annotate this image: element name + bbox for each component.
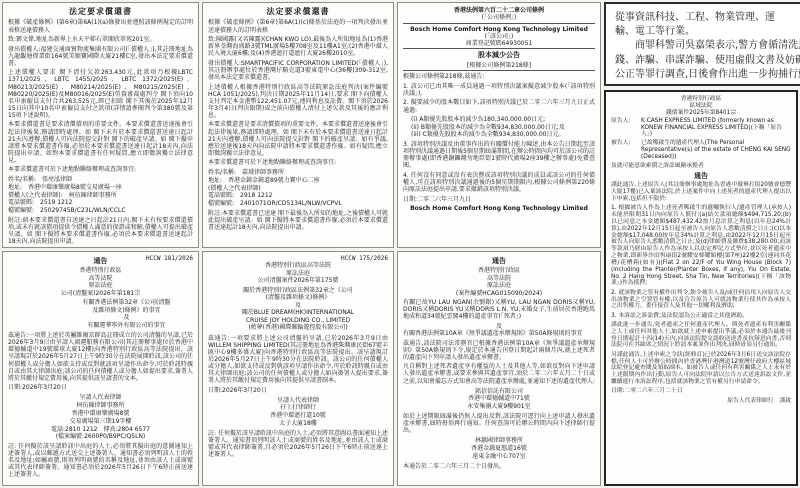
court-header-line: (案件編號HCAG015090/2024) bbox=[403, 290, 595, 298]
paragraph: 發出債權人:福建交通商貿物流集團有限公司(「債權人」),其註冊地址為九龍觀塘偉業… bbox=[8, 46, 193, 67]
signature-block: 呈請人代表律師柯伍陳律師事務所香港中環康樂廣場8號交易廣場第三期19字樓電話:2… bbox=[8, 394, 193, 441]
law-firm-line: 林鎮國律師事務所 bbox=[403, 437, 595, 445]
body-paragraph: 茲通告:一項要求將上述公司清盤的呈請,已於2026年3月9日由WILLEM SH… bbox=[208, 335, 388, 385]
resolution-item: 4. 任何沒有同意或沒有表決贊成該項特別決議的成員或該公司的任何債權人,可在該項… bbox=[403, 172, 595, 193]
signature-line: 香港中環康樂廣場8號 bbox=[8, 410, 193, 418]
winding-up-notice-175: HCCW 175/2026 香港特別行政區高等法院原訟法庭公司清盤案件2026年… bbox=[202, 251, 394, 486]
defendant-label: 被告人: bbox=[611, 140, 641, 160]
paragraph: 致:陳國露(又名陳露)(CHAN KWO LO),最後為人所知地址為(1)香港新… bbox=[208, 36, 388, 57]
court-header-line: 錢債案件2025年第8401宗 bbox=[611, 110, 791, 117]
court-header-line: 原訟法庭 bbox=[208, 270, 388, 278]
signature-line: (檔案編號:2600P0/B9PC/Q5LN) bbox=[8, 433, 193, 441]
court-header-line: 公司(清盤案)2026年第181宗 bbox=[8, 290, 193, 298]
date-line: 日期:2026年3月20日 bbox=[8, 384, 193, 391]
additional-party-line: 及就可能意欲索償之訴訟風險承擔者 bbox=[611, 163, 791, 170]
notice-title: 股本減少公告 bbox=[403, 51, 595, 59]
contact-fields: 姓名/名稱: 張亮泓律師地址: 香港中環康樂廣場8號交易廣場一座債權人(之代表律… bbox=[8, 176, 193, 215]
paragraph: 本要求償還書可於下述地點聯絡辦理或查詢事宜: bbox=[8, 166, 193, 173]
defendant-name: 已故鄭啟生的遺產代理人(The Personal Representative(… bbox=[641, 140, 791, 160]
applicant-block: 銘信信託有限公司香港中環德輔道中71號永安集團大廈9樓901室 bbox=[403, 388, 595, 411]
news-line: 商罪科警司吳嘉榮表示,警方會循清洗黑 bbox=[615, 39, 800, 53]
contact-field-line: 檔號編號: 2401071OR/CD5134L/NLW/VCPVL bbox=[208, 200, 388, 208]
notice-subtitle: [根據公司條例第218條] bbox=[403, 62, 595, 72]
claim-item: 2. 就該物業之管有權作出判令,飭令被告人及/或任何佔用人向原告人交出該物業之空… bbox=[611, 290, 791, 310]
statutory-demand-notice-1: 法定要求償還書 根據《破產條例》(第6章)第6A(1)(a)條發出並遵照該條例規… bbox=[2, 2, 199, 248]
contact-field-line: 電話號碼: 2918 1212 bbox=[208, 192, 388, 200]
paragraph: 上述債權人要求 閣下清付欠款263,430元,此款項乃根據LBTC 1371/2… bbox=[8, 69, 193, 119]
share-class-line: (i) A類優先股股本的減少為180,340,000.00日元; bbox=[411, 116, 595, 124]
contact-field-line: 姓名/名稱: 張亮泓律師 bbox=[8, 176, 193, 184]
court-header-line: 公司清盤案件2026年第175號 bbox=[208, 277, 388, 285]
share-class-reductions: (i) A類優先股股本的減少為180,340,000.00日元;(ii) B類優… bbox=[411, 116, 595, 139]
case-number: HCCW 175/2026 bbox=[341, 255, 388, 262]
court-header-line: 原訟法庭 bbox=[403, 282, 595, 290]
capital-reduction-notice-bosch: 香港法例第六百二十二章公司條例 (「公司條例」) Bosch Home Comf… bbox=[397, 2, 601, 248]
claim-item: 3. 本訴訟之訴訟費;及法院認為公正適當之其他濟助。 bbox=[611, 313, 791, 320]
news-line: 從事資訊科技、工程、物業管理、運 bbox=[615, 11, 800, 25]
footnote: 註: 任何擬於該呈請聆訊中出庭的人士,必須將其意圖以書面通知上述簽署人。通知書須… bbox=[208, 430, 388, 458]
share-class-line: (iii) C類優先股股本的減少為全數934,830,000.00日元。 bbox=[411, 131, 595, 139]
issue-date-line: 本通告於二零二六年三月二十日發出。 bbox=[403, 463, 595, 470]
probate-notice: 通告 香港特別行政區高等法院原訟法庭(案件編號HCAG015090/2024) … bbox=[397, 251, 601, 486]
matter-line: 關於香港特別行政區法例第32章之《公司 bbox=[219, 287, 377, 295]
matter-line: 及 bbox=[60, 314, 193, 322]
court-header-line: 香港特別行政區 bbox=[403, 267, 595, 275]
paragraph: 謹此通告,上述原告人(其註冊辦事處地址為香港中環畢打街20號會德豐大廈17樓)已… bbox=[611, 182, 791, 202]
intro-line: 根據公司條例第218條,茲通告: bbox=[403, 73, 595, 80]
district-court-claim-notice-kcash: 香港特別行政區區域法院錢債案件2025年第8401宗 原告人: K CASH E… bbox=[604, 90, 798, 486]
contact-fields: 姓名/名稱: 嘉域律師事務所地址: 香港金鐘金鐘道89號力寶中心二座(債權人之代… bbox=[208, 169, 388, 208]
in-the-matter-of: 有關香港法例第10A章《無爭議遺產承辦規則》第50A條規則的事宜 bbox=[403, 330, 595, 337]
footnote: 註: 任何擬於該呈請聆訊中出庭的人士,必須將其擬出庭的意圖通知上述簽署人,或以郵… bbox=[8, 443, 193, 478]
matter-line: CRUISE JOY HOLDING CO., LIMITED bbox=[219, 317, 377, 325]
claim-item: 1. 根據被告人作為上述死者鄭啟生的遺囑執行人/遺產管理人(承按人)未能於限期3… bbox=[611, 205, 791, 287]
footnote: 附註:倘本要求償還書自送達之日起計21日內,閣下未有按要求償還債項,或未有就該債… bbox=[8, 217, 193, 245]
applicant-line: 永安集團大廈9樓901室 bbox=[403, 403, 595, 411]
signature-line: 太子大廈18樓 bbox=[208, 420, 388, 428]
paragraph: 謹此進一步通告,死者遺產之任何遺產代理人、與死者遺產有利害關係之人士或任何其他人… bbox=[611, 322, 791, 349]
matter-line: (藍夢(香港)國際郵輪遊控股有限公司) bbox=[219, 324, 377, 332]
paragraph: 另謹此通告,上述申索之令狀(經修訂)已於2026年3月6日送交該法院存檔,任何人… bbox=[611, 352, 791, 386]
body-paragraph: 凡自稱對上述死者遺產享有權益的人士及其他人等,如欲反對向下述申請人發出遺產承辦書… bbox=[403, 363, 595, 384]
business-registration-number: 商業登記號碼64930051 bbox=[403, 40, 595, 50]
footnote: 附註:本要求償還書已送達 閣下最後為人所知的地址,之後債權人可就此提出破產呈請。… bbox=[208, 210, 388, 231]
in-the-matter-of: 關於香港特別行政區法例第32章之《公司(清盤及雜項條文)條例》及關於BLUE D… bbox=[219, 287, 377, 332]
body-paragraph: 茲通告,該法院司法常務官已根據香港法例第10A章《無爭議遺產承辦規則》第50A條… bbox=[403, 340, 595, 361]
contact-field-line: 姓名/名稱: 嘉域律師事務所 bbox=[208, 169, 388, 177]
court-header-line: 香港特別行政區 bbox=[8, 267, 193, 275]
signature-company: Bosch Home Comfort Hong Kong Technology … bbox=[403, 205, 595, 212]
matter-line: 及 bbox=[219, 302, 377, 310]
resolution-item: 2. 擬要減少的股本數目如下,該項特別決議已於二零二六年三月九日正式通過: bbox=[403, 99, 595, 113]
news-article-clipping: 從事資訊科技、工程、物業管理、運輸、電工等行業。 商罪科警司吳嘉榮表示,警方會循… bbox=[604, 2, 800, 86]
plaintiff-label: 原告人: bbox=[611, 118, 641, 138]
company-name: Bosch Home Comfort Hong Kong Technology … bbox=[403, 26, 595, 33]
body-paragraph: 如於上述期限屆滿後仍無人提出反對,該法院可逕行向上述申請人發出遺產承辦書,屆時毋… bbox=[403, 413, 595, 434]
company-shortname: (「該公司」) bbox=[403, 33, 595, 40]
matter-line: 關於BLUE DREAM(HK)INTERNATIONAL bbox=[219, 309, 377, 317]
court-header: 香港特別行政區高等法院原訟法庭公司(清盤案)2026年第181宗 bbox=[8, 267, 193, 297]
contact-field-line: 檔號編號: 25029745B/C23L/WLN/CCLC bbox=[8, 207, 193, 215]
paragraph: 發出債權人:SMARTPACIFIC CORPORATION LIMITED(「… bbox=[208, 60, 388, 81]
paragraph: 上述債權人根據香港特別行政區高等法院原訟法庭判決(案件編號HCA 1051/20… bbox=[208, 84, 388, 119]
matter-line: (清盤及雜項條文)條例》 bbox=[219, 294, 377, 302]
court-header: 香港特別行政區高等法院原訟法庭(案件編號HCAG015090/2024) bbox=[403, 267, 595, 297]
court-header-line: 原訟法庭 bbox=[8, 282, 193, 290]
signature-line: 原告人代表律師行 謹啟 bbox=[611, 398, 791, 405]
signature-line: 香港中環遮打道10號 bbox=[208, 412, 388, 420]
law-firm-line: 香港金鐘夏慤道16號 bbox=[403, 445, 595, 453]
paragraph: 本要求償還書可於下述地點聯絡辦理或查詢事宜: bbox=[208, 159, 388, 166]
paragraph: 致:鄧文偉,地址為新界上水天平邨石翠閣欣翠苑201室。 bbox=[8, 36, 193, 43]
notice-title: 通告 bbox=[611, 172, 791, 180]
notice-title: 通告 bbox=[403, 257, 595, 265]
signature-line: 呈請人代表律師 bbox=[8, 394, 193, 402]
and-separator: 及 bbox=[403, 323, 595, 330]
paragraph: 本要求償還書是要求清償債項的重要文件。本要求償還書送達後會引起法律後果,務請即時… bbox=[8, 121, 193, 163]
court-header: 香港特別行政區區域法院錢債案件2025年第8401宗 bbox=[611, 96, 791, 118]
in-the-matter-of: 有關香港法例第32章《公司(清盤及雜項條文)條例》的事宜及有關運華寧外有限公司的… bbox=[60, 299, 193, 329]
date-line: 日期:二零二六年三月二十日 bbox=[611, 388, 791, 395]
news-line: 公正等罪行調查,日後會作出進一步拘捕行動。 bbox=[615, 68, 800, 82]
body-paragraph: 茲通告:一項將上述於英屬維爾京群島註冊成立的公司清盤的呈請,已於2026年3月9… bbox=[8, 332, 193, 382]
law-firm-block: 林鎮國律師事務所香港金鐘夏慤道16號遠東金融中心707室 bbox=[403, 437, 595, 460]
resolution-item: 1. 該公司已由其唯一成員通過一項特別決議案擬意減少股本(「該項特別決議」)。 bbox=[403, 83, 595, 97]
defendant-row: 被告人: 已故鄭啟生的遺產代理人(The Personal Representa… bbox=[611, 140, 791, 160]
news-line: 錢、詐騙、串謀詐騙、使用虛假文書及妨礙司法 bbox=[615, 54, 800, 68]
date-line: 日期:2026年3月20日 bbox=[208, 387, 388, 394]
matter-line: 有關香港法例第32章《公司(清盤 bbox=[60, 299, 193, 307]
newspaper-legal-notices-page: 法定要求償還書 根據《破產條例》(第6章)第6A(1)(a)條發出並遵照該條例規… bbox=[0, 0, 800, 488]
court-header-line: 香港特別行政區高等法院 bbox=[208, 262, 388, 270]
matter-line: 有關運華寧外有限公司的事宜 bbox=[60, 322, 193, 330]
statutory-demand-notice-2: 法定要求償還書 根據《破產條例》(第6章)第6A(1)(c)條基於法庭的一項判決… bbox=[202, 2, 394, 248]
signature-line: 交易廣場第三期19字樓 bbox=[8, 418, 193, 426]
paragraph: 根據《破產條例》(第6章)第6A(1)(a)條發出並遵照該條例規定的訂明表格送達… bbox=[8, 19, 193, 33]
plaintiff-name: K CASH EXPRESS LIMITED (formerly known a… bbox=[641, 118, 791, 138]
signature-line: 柯伍陳律師事務所 bbox=[8, 402, 193, 410]
share-class-line: (ii) B類優先股股本的減少為全數934,830,000.00日元;及 bbox=[411, 124, 595, 132]
in-the-matter-of: 有關已故YU LAU NGAN(余劉銀)又稱YU, LAU NGAN DORIS… bbox=[403, 299, 595, 320]
resolution-item: 3. 該項特別決議及由董事作出的有關償付能力陳述,由本公告日期起至該項特別決議通… bbox=[403, 141, 595, 169]
date-line: 日期:二零二六年三月九日 bbox=[403, 196, 595, 203]
notice-title: 法定要求償還書 bbox=[8, 7, 193, 16]
contact-field-line: 地址: 香港中環康樂廣場8號交易廣場一座 bbox=[8, 184, 193, 192]
winding-up-notice-181: HCCW 181/2026 通告 香港特別行政區高等法院原訟法庭公司(清盤案)2… bbox=[2, 251, 199, 486]
signature-block: 呈請人代表律師孖士打律師行香港中環遮打道10號太子大廈18樓 bbox=[208, 397, 388, 428]
court-header: 香港特別行政區高等法院原訟法庭公司清盤案件2026年第175號 bbox=[208, 262, 388, 285]
law-firm-line: 遠東金融中心707室 bbox=[403, 453, 595, 461]
plaintiff-row: 原告人: K CASH EXPRESS LIMITED (formerly kn… bbox=[611, 118, 791, 138]
case-number: HCCW 181/2026 bbox=[146, 255, 193, 262]
contact-field-line: 地址: 香港金鐘金鐘道89號力寶中心二座 bbox=[208, 177, 388, 185]
paragraph: 本要求償還書是要求清償債項的重要文件。本要求償還書送達後會引起法律後果,務請即時… bbox=[208, 121, 388, 156]
ordinance-shortname: (「公司條例」) bbox=[403, 14, 595, 24]
notice-title: 法定要求償還書 bbox=[208, 7, 388, 16]
paragraph: 根據《破產條例》(第6章)第6A(1)(c)條基於法庭的一項判決發出並送達債務人… bbox=[208, 19, 388, 33]
news-line: 輸、電工等行業。 bbox=[615, 25, 800, 39]
